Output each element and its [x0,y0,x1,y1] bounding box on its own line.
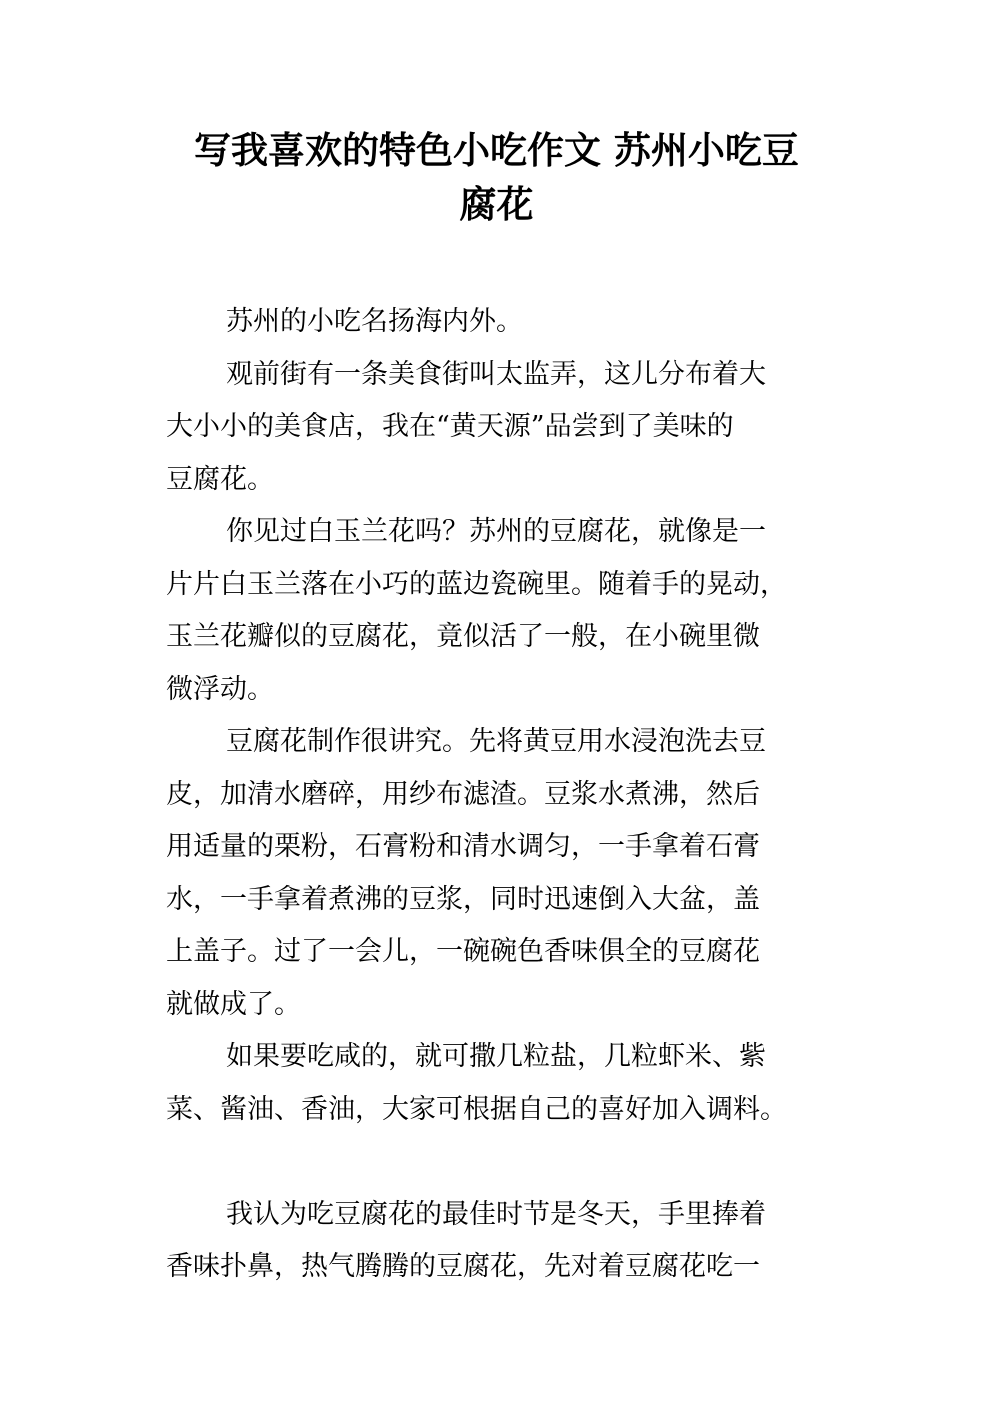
paragraph-line: 豆腐花制作很讲究。先将黄豆用水浸泡洗去豆 [166,716,846,769]
paragraph-line: 观前街有一条美食街叫太监弄，这儿分布着大 [166,349,846,402]
paragraph-line: 我认为吃豆腐花的最佳时节是冬天，手里捧着 [166,1189,846,1242]
document-page: 写我喜欢的特色小吃作文 苏州小吃豆 腐花 苏州的小吃名扬海内外。 观前街有一条美… [0,0,993,1404]
paragraph-4: 豆腐花制作很讲究。先将黄豆用水浸泡洗去豆 皮，加清水磨碎，用纱布滤渣。豆浆水煮沸… [166,716,846,1031]
page-title: 写我喜欢的特色小吃作文 苏州小吃豆 腐花 [0,124,993,232]
title-line-1: 写我喜欢的特色小吃作文 苏州小吃豆 [0,124,993,178]
paragraph-line: 香味扑鼻，热气腾腾的豆腐花，先对着豆腐花吃一 [166,1241,846,1294]
paragraph-6: 我认为吃豆腐花的最佳时节是冬天，手里捧着 香味扑鼻，热气腾腾的豆腐花，先对着豆腐… [166,1189,846,1294]
paragraph-2: 观前街有一条美食街叫太监弄，这儿分布着大 大小小的美食店，我在“黄天源”品尝到了… [166,349,846,507]
paragraph-line: 大小小的美食店，我在“黄天源”品尝到了美味的 [166,401,846,454]
blank-line [166,1136,846,1189]
paragraph-line: 就做成了。 [166,979,846,1032]
paragraph-line: 片片白玉兰落在小巧的蓝边瓷碗里。随着手的晃动， [166,559,846,612]
paragraph-line: 上盖子。过了一会儿，一碗碗色香味俱全的豆腐花 [166,926,846,979]
paragraph-line: 水，一手拿着煮沸的豆浆，同时迅速倒入大盆，盖 [166,874,846,927]
paragraph-line: 你见过白玉兰花吗？苏州的豆腐花，就像是一 [166,506,846,559]
document-body: 苏州的小吃名扬海内外。 观前街有一条美食街叫太监弄，这儿分布着大 大小小的美食店… [166,296,846,1294]
paragraph-5: 如果要吃咸的，就可撒几粒盐，几粒虾米、紫 菜、酱油、香油，大家可根据自己的喜好加… [166,1031,846,1136]
paragraph-line: 用适量的栗粉，石膏粉和清水调匀，一手拿着石膏 [166,821,846,874]
paragraph-line: 皮，加清水磨碎，用纱布滤渣。豆浆水煮沸，然后 [166,769,846,822]
paragraph-3: 你见过白玉兰花吗？苏州的豆腐花，就像是一 片片白玉兰落在小巧的蓝边瓷碗里。随着手… [166,506,846,716]
paragraph-line: 苏州的小吃名扬海内外。 [166,296,846,349]
title-line-2: 腐花 [0,178,993,232]
paragraph-line: 豆腐花。 [166,454,846,507]
paragraph-line: 玉兰花瓣似的豆腐花，竟似活了一般，在小碗里微 [166,611,846,664]
paragraph-line: 微浮动。 [166,664,846,717]
paragraph-line: 菜、酱油、香油，大家可根据自己的喜好加入调料。 [166,1084,846,1137]
paragraph-1: 苏州的小吃名扬海内外。 [166,296,846,349]
paragraph-line: 如果要吃咸的，就可撒几粒盐，几粒虾米、紫 [166,1031,846,1084]
